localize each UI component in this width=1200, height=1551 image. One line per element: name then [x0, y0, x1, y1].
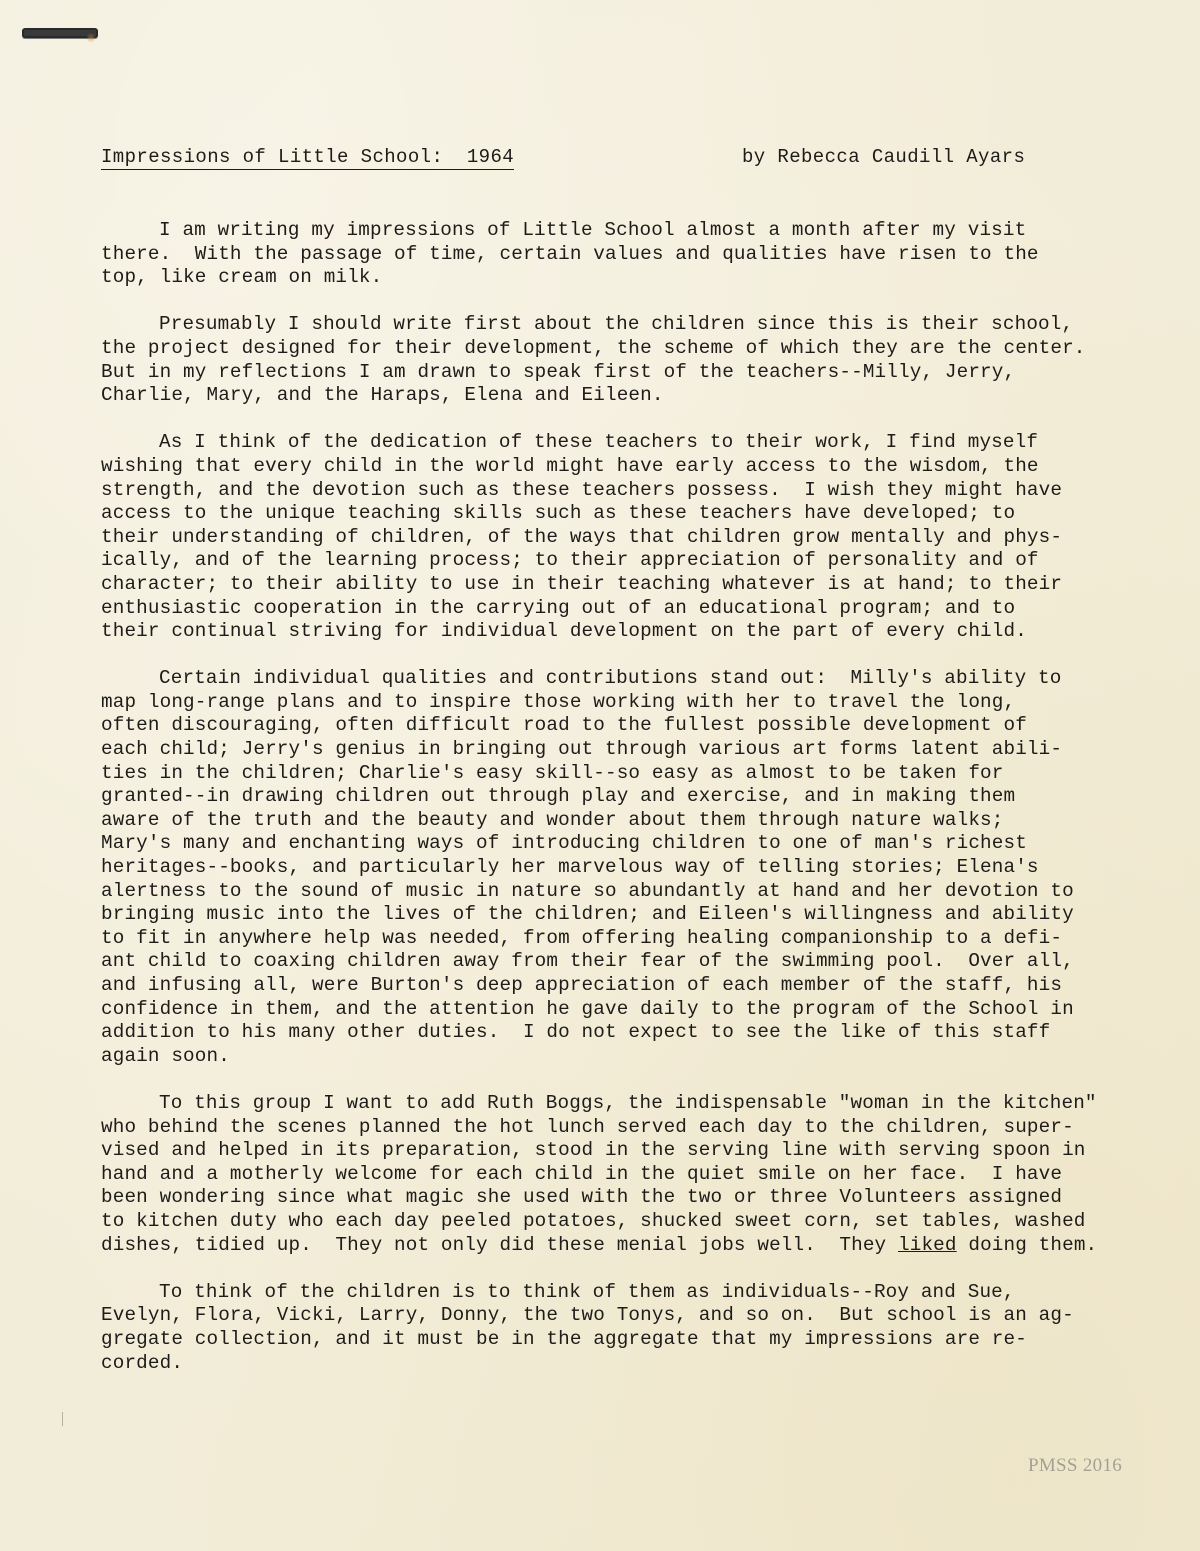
paragraph-4: Certain individual qualities and contrib… [101, 667, 1101, 1068]
underlined-word: liked [898, 1234, 957, 1256]
rust-stain [86, 33, 96, 43]
text-line: ties in the children; Charlie's easy ski… [101, 762, 1101, 786]
text-line: corded. [101, 1352, 1101, 1376]
text-line: each child; Jerry's genius in bringing o… [101, 738, 1101, 762]
document-header: Impressions of Little School: 1964 by Re… [101, 146, 1101, 176]
text-line: aware of the truth and the beauty and wo… [101, 809, 1101, 833]
text-line: Charlie, Mary, and the Haraps, Elena and… [101, 384, 1101, 408]
margin-mark [62, 1412, 63, 1426]
text-line: to kitchen duty who each day peeled pota… [101, 1210, 1101, 1234]
document-title: Impressions of Little School: 1964 [101, 146, 514, 170]
text-line: strength, and the devotion such as these… [101, 479, 1101, 503]
text-line: and infusing all, were Burton's deep app… [101, 974, 1101, 998]
text-line: Presumably I should write first about th… [101, 313, 1101, 337]
text-line: bringing music into the lives of the chi… [101, 903, 1101, 927]
text-line: addition to his many other duties. I do … [101, 1021, 1101, 1045]
text-line: To this group I want to add Ruth Boggs, … [101, 1092, 1101, 1116]
paragraph-5: To this group I want to add Ruth Boggs, … [101, 1092, 1101, 1257]
text-line: to fit in anywhere help was needed, from… [101, 927, 1101, 951]
text-line: there. With the passage of time, certain… [101, 243, 1101, 267]
text-line: who behind the scenes planned the hot lu… [101, 1116, 1101, 1140]
document-author: by Rebecca Caudill Ayars [742, 146, 1025, 168]
text-line: hand and a motherly welcome for each chi… [101, 1163, 1101, 1187]
text-line: confidence in them, and the attention he… [101, 998, 1101, 1022]
text-line: enthusiastic cooperation in the carrying… [101, 597, 1101, 621]
text-segment: doing them. [957, 1234, 1098, 1256]
paragraph-1: I am writing my impressions of Little Sc… [101, 219, 1101, 290]
document-body: I am writing my impressions of Little Sc… [101, 219, 1101, 1399]
text-line: Certain individual qualities and contrib… [101, 667, 1101, 691]
text-line: ically, and of the learning process; to … [101, 549, 1101, 573]
text-line: wishing that every child in the world mi… [101, 455, 1101, 479]
text-line: top, like cream on milk. [101, 266, 1101, 290]
paragraph-3: As I think of the dedication of these te… [101, 431, 1101, 643]
text-segment: dishes, tidied up. They not only did the… [101, 1234, 898, 1256]
text-line: often discouraging, often difficult road… [101, 714, 1101, 738]
text-line: I am writing my impressions of Little Sc… [101, 219, 1101, 243]
paragraph-2: Presumably I should write first about th… [101, 313, 1101, 407]
text-line: But in my reflections I am drawn to spea… [101, 361, 1101, 385]
text-line: gregate collection, and it must be in th… [101, 1328, 1101, 1352]
text-line: map long-range plans and to inspire thos… [101, 691, 1101, 715]
paragraph-6: To think of the children is to think of … [101, 1281, 1101, 1375]
text-line: been wondering since what magic she used… [101, 1186, 1101, 1210]
text-line-with-emphasis: dishes, tidied up. They not only did the… [101, 1234, 1101, 1258]
text-line: their understanding of children, of the … [101, 526, 1101, 550]
text-line: vised and helped in its preparation, sto… [101, 1139, 1101, 1163]
text-line: As I think of the dedication of these te… [101, 431, 1101, 455]
archive-watermark: PMSS 2016 [1028, 1455, 1122, 1477]
text-line: granted--in drawing children out through… [101, 785, 1101, 809]
text-line: To think of the children is to think of … [101, 1281, 1101, 1305]
text-line: character; to their ability to use in th… [101, 573, 1101, 597]
text-line: again soon. [101, 1045, 1101, 1069]
text-line: alertness to the sound of music in natur… [101, 880, 1101, 904]
text-line: the project designed for their developme… [101, 337, 1101, 361]
text-line: ant child to coaxing children away from … [101, 950, 1101, 974]
document-page: Impressions of Little School: 1964 by Re… [0, 0, 1200, 1551]
text-line: access to the unique teaching skills suc… [101, 502, 1101, 526]
text-line: Mary's many and enchanting ways of intro… [101, 832, 1101, 856]
text-line: heritages--books, and particularly her m… [101, 856, 1101, 880]
text-line: their continual striving for individual … [101, 620, 1101, 644]
text-line: Evelyn, Flora, Vicki, Larry, Donny, the … [101, 1304, 1101, 1328]
